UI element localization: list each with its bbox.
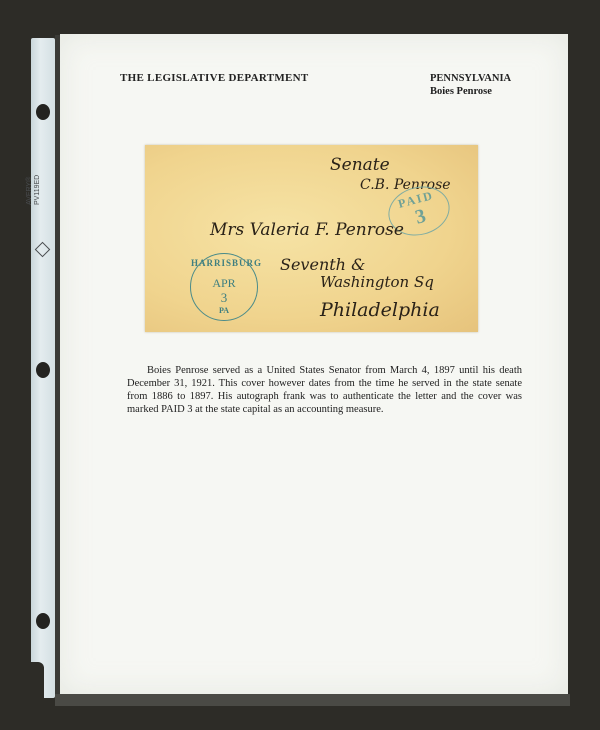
avery-product-code: PV119ED [34, 145, 42, 205]
punch-hole-bottom [36, 613, 50, 629]
album-page: THE LEGISLATIVE DEPARTMENT PENNSYLVANIA … [60, 34, 568, 694]
address-city: Philadelphia [320, 299, 440, 321]
sleeve-bottom-cutout [0, 662, 44, 730]
punch-hole-top [36, 104, 50, 120]
trademark-symbol: ® [26, 177, 33, 182]
punch-hole-middle [36, 362, 50, 378]
person-name: Boies Penrose [430, 85, 511, 98]
avery-brand: AVERY [26, 182, 33, 205]
cover-description: Boies Penrose served as a United States … [127, 364, 522, 416]
postmark-month: APR [191, 276, 257, 291]
page-header-right: PENNSYLVANIA Boies Penrose [430, 72, 511, 98]
postmark-town: HARRISBURG [191, 258, 257, 268]
envelope-cover: Senate C.B. Penrose PAID 3 Mrs Valeria F… [145, 145, 478, 332]
address-square: Washington Sq [320, 273, 434, 291]
page-bottom-shadow [55, 694, 570, 706]
postmark-state: PA [191, 306, 257, 315]
address-recipient: Mrs Valeria F. Penrose [210, 220, 404, 240]
postmark-day: 3 [191, 290, 257, 306]
address-street: Seventh & [280, 255, 365, 274]
avery-label: AVERY® PV119ED [26, 145, 42, 205]
harrisburg-postmark: HARRISBURG APR 3 PA [190, 253, 258, 321]
state-heading: PENNSYLVANIA [430, 72, 511, 85]
page-title: THE LEGISLATIVE DEPARTMENT [120, 72, 309, 84]
frank-senate: Senate [330, 155, 390, 175]
